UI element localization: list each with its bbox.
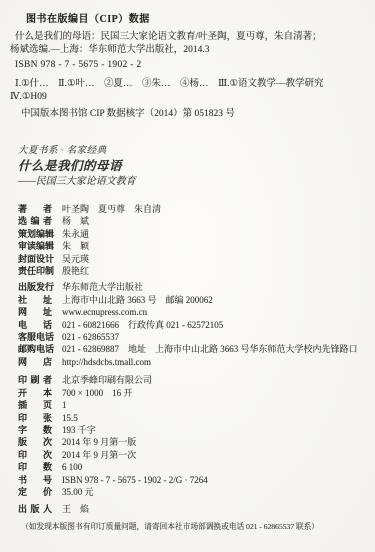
colophon-row-planning-editor: 策划编辑朱永通 <box>18 228 375 240</box>
cip-block: 什么是我们的母语：民国三大家论语文教育/叶圣陶，夏丏尊，朱自清著； 杨斌选编.—… <box>0 31 375 121</box>
series-name: 大夏书系 · 名家经典 <box>18 145 375 158</box>
colophon-label: 客服电话 <box>18 331 52 343</box>
colophon-value: 021 - 62869887 地址 上海市中山北路 3663 号华东师范大学校内… <box>62 344 358 354</box>
colophon-row-word-count: 字数193 千字 <box>18 424 375 436</box>
colophon-value: http://hdsdcbs.tmall.com <box>62 357 151 367</box>
colophon-row-service-phone: 客服电话021 - 62865537 <box>18 331 375 343</box>
colophon-value: 021 - 62865537 <box>62 332 119 342</box>
colophon-label: 插页 <box>18 399 52 411</box>
quality-note: （如发现本版图书有印订质量问题，请寄回本社市场部调换或电话 021 - 6286… <box>21 521 375 532</box>
colophon-value: 上海市中山北路 3663 号 邮编 200062 <box>62 295 213 305</box>
colophon-row-address: 社址上海市中山北路 3663 号 邮编 200062 <box>18 294 375 306</box>
colophon-row-online-store: 网店http://hdsdcbs.tmall.com <box>18 356 375 368</box>
colophon-value: 杨 斌 <box>62 216 89 226</box>
colophon-label: 封面设计 <box>18 253 52 265</box>
colophon-value: 王 焰 <box>62 504 89 514</box>
cip-classification-line2: Ⅳ.①H09 <box>10 91 375 104</box>
colophon-label: 书号 <box>18 474 52 486</box>
colophon-label: 印张 <box>18 412 52 424</box>
colophon-row-printing: 印次2014 年 9 月第一次 <box>18 449 375 461</box>
colophon-value: 700 × 1000 16 开 <box>62 388 132 398</box>
colophon-row-price: 定价35.00 元 <box>18 486 375 498</box>
colophon-row-cover-design: 封面设计吴元瑛 <box>18 253 375 265</box>
colophon-value: 6 100 <box>62 462 82 472</box>
colophon-value: 吴元瑛 <box>62 254 89 264</box>
colophon-row-format: 开本700 × 1000 16 开 <box>18 387 375 399</box>
colophon-row-print-supervisor: 责任印制殷艳红 <box>18 265 375 277</box>
colophon-value: 1 <box>62 400 67 410</box>
colophon-label: 网店 <box>18 356 52 368</box>
colophon-label: 印次 <box>18 449 52 461</box>
colophon-value: 叶圣陶 夏丏尊 朱自清 <box>62 204 161 214</box>
colophon-row-website: 网址www.ecnupress.com.cn <box>18 306 375 318</box>
colophon-label: 出版发行 <box>18 281 52 293</box>
colophon-value: 朱 颖 <box>62 241 89 251</box>
colophon-label: 审读编辑 <box>18 240 52 252</box>
cip-record-number: 中国版本图书馆 CIP 数据核字（2014）第 051823 号 <box>21 108 375 121</box>
cip-classification-line1: Ⅰ.①什… Ⅱ.①叶… ②夏… ③朱… ④杨… Ⅲ.①语文教学—教学研究 <box>15 78 375 91</box>
cip-description-line2: 杨斌选编.—上海：华东师范大学出版社，2014.3 <box>10 44 375 57</box>
colophon-row-review-editor: 审读编辑朱 颖 <box>18 240 375 252</box>
colophon-row-print-run: 印数6 100 <box>18 461 375 473</box>
colophon-label: 邮购电话 <box>18 343 52 355</box>
colophon-label: 社址 <box>18 294 52 306</box>
colophon-label: 策划编辑 <box>18 228 52 240</box>
colophon-label: 出版人 <box>18 503 52 515</box>
colophon-row-publisher: 出版发行华东师范大学出版社 <box>18 281 375 293</box>
colophon-row-selector: 选编者杨 斌 <box>18 215 375 227</box>
colophon-value: 15.5 <box>62 413 78 423</box>
colophon-label: 开本 <box>18 387 52 399</box>
colophon-label: 电话 <box>18 319 52 331</box>
colophon-row-insert-pages: 插页1 <box>18 399 375 411</box>
colophon-value: 朱永通 <box>62 229 89 239</box>
colophon-label: 著者 <box>18 203 52 215</box>
colophon-label: 选编者 <box>18 215 52 227</box>
colophon-value: 021 - 60821666 行政传真 021 - 62572105 <box>62 320 223 330</box>
colophon-value: 2014 年 9 月第一版 <box>62 437 136 447</box>
colophon-value: 华东师范大学出版社 <box>62 282 143 292</box>
cip-description-line1: 什么是我们的母语：民国三大家论语文教育/叶圣陶，夏丏尊，朱自清著； <box>15 31 375 44</box>
colophon-label: 版次 <box>18 436 52 448</box>
cip-isbn: ISBN 978 - 7 - 5675 - 1902 - 2 <box>15 59 375 72</box>
colophon: 著者叶圣陶 夏丏尊 朱自清 选编者杨 斌 策划编辑朱永通 审读编辑朱 颖 封面设… <box>18 203 375 516</box>
cip-header: 图书在版编目（CIP）数据 <box>26 13 375 26</box>
colophon-row-author: 著者叶圣陶 夏丏尊 朱自清 <box>18 203 375 215</box>
colophon-label: 印数 <box>18 461 52 473</box>
book-subtitle: ——民国三大家论语文教育 <box>18 175 375 189</box>
colophon-label: 印刷者 <box>18 374 52 386</box>
colophon-value: www.ecnupress.com.cn <box>62 307 147 317</box>
colophon-value: 35.00 元 <box>62 487 94 497</box>
colophon-row-edition: 版次2014 年 9 月第一版 <box>18 436 375 448</box>
book-title: 什么是我们的母语 <box>18 158 375 175</box>
colophon-value: 北京季蜂印刷有限公司 <box>62 375 152 385</box>
colophon-label: 定价 <box>18 486 52 498</box>
colophon-value: 193 千字 <box>62 425 96 435</box>
colophon-row-publisher-person: 出版人王 焰 <box>18 503 375 515</box>
title-block: 大夏书系 · 名家经典 什么是我们的母语 ——民国三大家论语文教育 <box>18 145 375 189</box>
colophon-row-mailorder-phone: 邮购电话021 - 62869887 地址 上海市中山北路 3663 号华东师范… <box>18 343 375 355</box>
colophon-value: 殷艳红 <box>62 266 89 276</box>
colophon-row-phone: 电话021 - 60821666 行政传真 021 - 62572105 <box>18 319 375 331</box>
colophon-label: 责任印制 <box>18 265 52 277</box>
colophon-label: 网址 <box>18 306 52 318</box>
colophon-value: ISBN 978 - 7 - 5675 - 1902 - 2/G · 7264 <box>62 475 208 485</box>
colophon-value: 2014 年 9 月第一次 <box>62 450 136 460</box>
copyright-page: 图书在版编目（CIP）数据 什么是我们的母语：民国三大家论语文教育/叶圣陶，夏丏… <box>0 0 375 552</box>
colophon-row-printer: 印刷者北京季蜂印刷有限公司 <box>18 374 375 386</box>
colophon-label: 字数 <box>18 424 52 436</box>
colophon-row-book-number: 书号ISBN 978 - 7 - 5675 - 1902 - 2/G · 726… <box>18 474 375 486</box>
colophon-row-sheets: 印张15.5 <box>18 412 375 424</box>
